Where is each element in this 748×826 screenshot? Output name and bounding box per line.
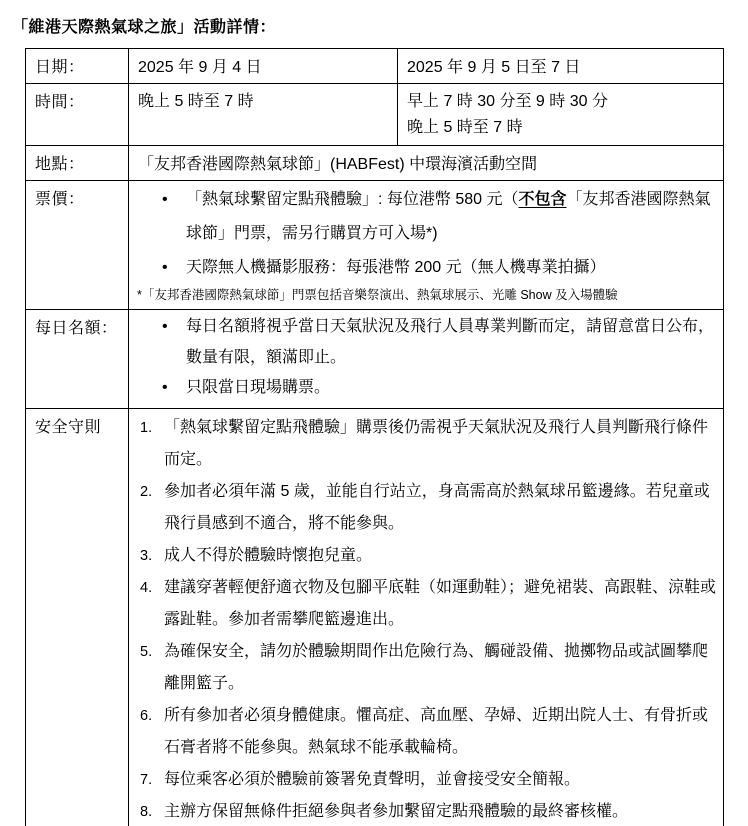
price-footnote: *「友邦香港國際熱氣球節」門票包括音樂祭演出、熱氣球展示、光雕 Show 及入場… [137, 286, 717, 305]
table-row-price: 票價： 「熱氣球繫留定點飛體驗」: 每位港幣 580 元（不包含「友邦香港國際熱… [26, 181, 724, 310]
quota-bullet-weather: 每日名額將視乎當日天氣狀況及飛行人員專業判斷而定，請留意當日公布，數量有限，額滿… [138, 312, 717, 373]
price-content: 「熱氣球繫留定點飛體驗」: 每位港幣 580 元（不包含「友邦香港國際熱氣球節」… [129, 181, 724, 310]
price-row-label: 票價： [26, 181, 129, 310]
page-title: 「維港天際熱氣球之旅」活動詳情： [12, 14, 748, 37]
price-bullet-drone: 天際無人機攝影服務：每張港幣 200 元（無人機專業拍攝） [138, 251, 717, 285]
safety-rule-2: 參加者必須年滿 5 歲，並能自行站立，身高需高於熱氣球吊籃邊緣。若兒童或飛行員感… [138, 476, 717, 540]
table-row-time: 時間： 晚上 5 時至 7 時 早上 7 時 30 分至 9 時 30 分 晚上… [26, 84, 724, 146]
safety-rule-6: 所有參加者必須身體健康。懼高症、高血壓、孕婦、近期出院人士、有骨折或石膏者將不能… [138, 700, 717, 764]
time-day1-line: 晚上 5 時至 7 時 [138, 89, 391, 115]
safety-content: 「熱氣球繫留定點飛體驗」購票後仍需視乎天氣狀況及飛行人員判斷飛行條件而定。 參加… [129, 408, 724, 826]
event-details-table: 日期： 2025 年 9 月 4 日 2025 年 9 月 5 日至 7 日 時… [25, 48, 724, 826]
price-bullet-list: 「熱氣球繫留定點飛體驗」: 每位港幣 580 元（不包含「友邦香港國際熱氣球節」… [138, 183, 717, 285]
safety-rule-list: 「熱氣球繫留定點飛體驗」購票後仍需視乎天氣狀況及飛行人員判斷飛行條件而定。 參加… [138, 412, 717, 826]
time-day2-value: 早上 7 時 30 分至 9 時 30 分 晚上 5 時至 7 時 [398, 84, 724, 146]
safety-rule-8: 主辦方保留無條件拒絕參與者參加繫留定點飛體驗的最終審核權。 [138, 796, 717, 826]
price-bullet-balloon: 「熱氣球繫留定點飛體驗」: 每位港幣 580 元（不包含「友邦香港國際熱氣球節」… [138, 183, 717, 251]
date-day1-value: 2025 年 9 月 4 日 [129, 49, 398, 84]
safety-row-label: 安全守則 [26, 408, 129, 826]
time-day2-morning: 早上 7 時 30 分至 9 時 30 分 [407, 89, 717, 115]
safety-rule-7: 每位乘客必須於體驗前簽署免責聲明，並會接受安全簡報。 [138, 764, 717, 796]
table-row-quota: 每日名額： 每日名額將視乎當日天氣狀況及飛行人員專業判斷而定，請留意當日公布，數… [26, 310, 724, 409]
safety-rule-4: 建議穿著輕便舒適衣物及包腳平底鞋（如運動鞋）；避免裙裝、高跟鞋、涼鞋或露趾鞋。參… [138, 572, 717, 636]
quota-row-label: 每日名額： [26, 310, 129, 409]
price-bullet-balloon-text-pre: 「熱氣球繫留定點飛體驗」: 每位港幣 580 元（ [186, 191, 518, 208]
table-row-venue: 地點： 「友邦香港國際熱氣球節」(HABFest) 中環海濱活動空間 [26, 146, 724, 181]
time-day2-evening: 晚上 5 時至 7 時 [407, 115, 717, 141]
date-row-label: 日期： [26, 49, 129, 84]
safety-rule-5: 為確保安全，請勿於體驗期間作出危險行為、觸碰設備、拋擲物品或試圖攀爬離開籃子。 [138, 636, 717, 700]
time-day1-value: 晚上 5 時至 7 時 [129, 84, 398, 146]
quota-bullet-list: 每日名額將視乎當日天氣狀況及飛行人員專業判斷而定，請留意當日公布，數量有限，額滿… [138, 312, 717, 404]
safety-rule-3: 成人不得於體驗時懷抱兒童。 [138, 540, 717, 572]
table-row-date: 日期： 2025 年 9 月 4 日 2025 年 9 月 5 日至 7 日 [26, 49, 724, 84]
quota-content: 每日名額將視乎當日天氣狀況及飛行人員專業判斷而定，請留意當日公布，數量有限，額滿… [129, 310, 724, 409]
time-row-label: 時間： [26, 84, 129, 146]
venue-row-label: 地點： [26, 146, 129, 181]
document-page: 「維港天際熱氣球之旅」活動詳情： 日期： 2025 年 9 月 4 日 2025… [0, 0, 748, 826]
table-row-safety: 安全守則 「熱氣球繫留定點飛體驗」購票後仍需視乎天氣狀況及飛行人員判斷飛行條件而… [26, 408, 724, 826]
date-day2-value: 2025 年 9 月 5 日至 7 日 [398, 49, 724, 84]
safety-rule-1: 「熱氣球繫留定點飛體驗」購票後仍需視乎天氣狀況及飛行人員判斷飛行條件而定。 [138, 412, 717, 476]
quota-bullet-onsite: 只限當日現場購票。 [138, 373, 717, 404]
venue-value: 「友邦香港國際熱氣球節」(HABFest) 中環海濱活動空間 [129, 146, 724, 181]
price-not-included-emphasis: 不包含 [518, 191, 566, 208]
